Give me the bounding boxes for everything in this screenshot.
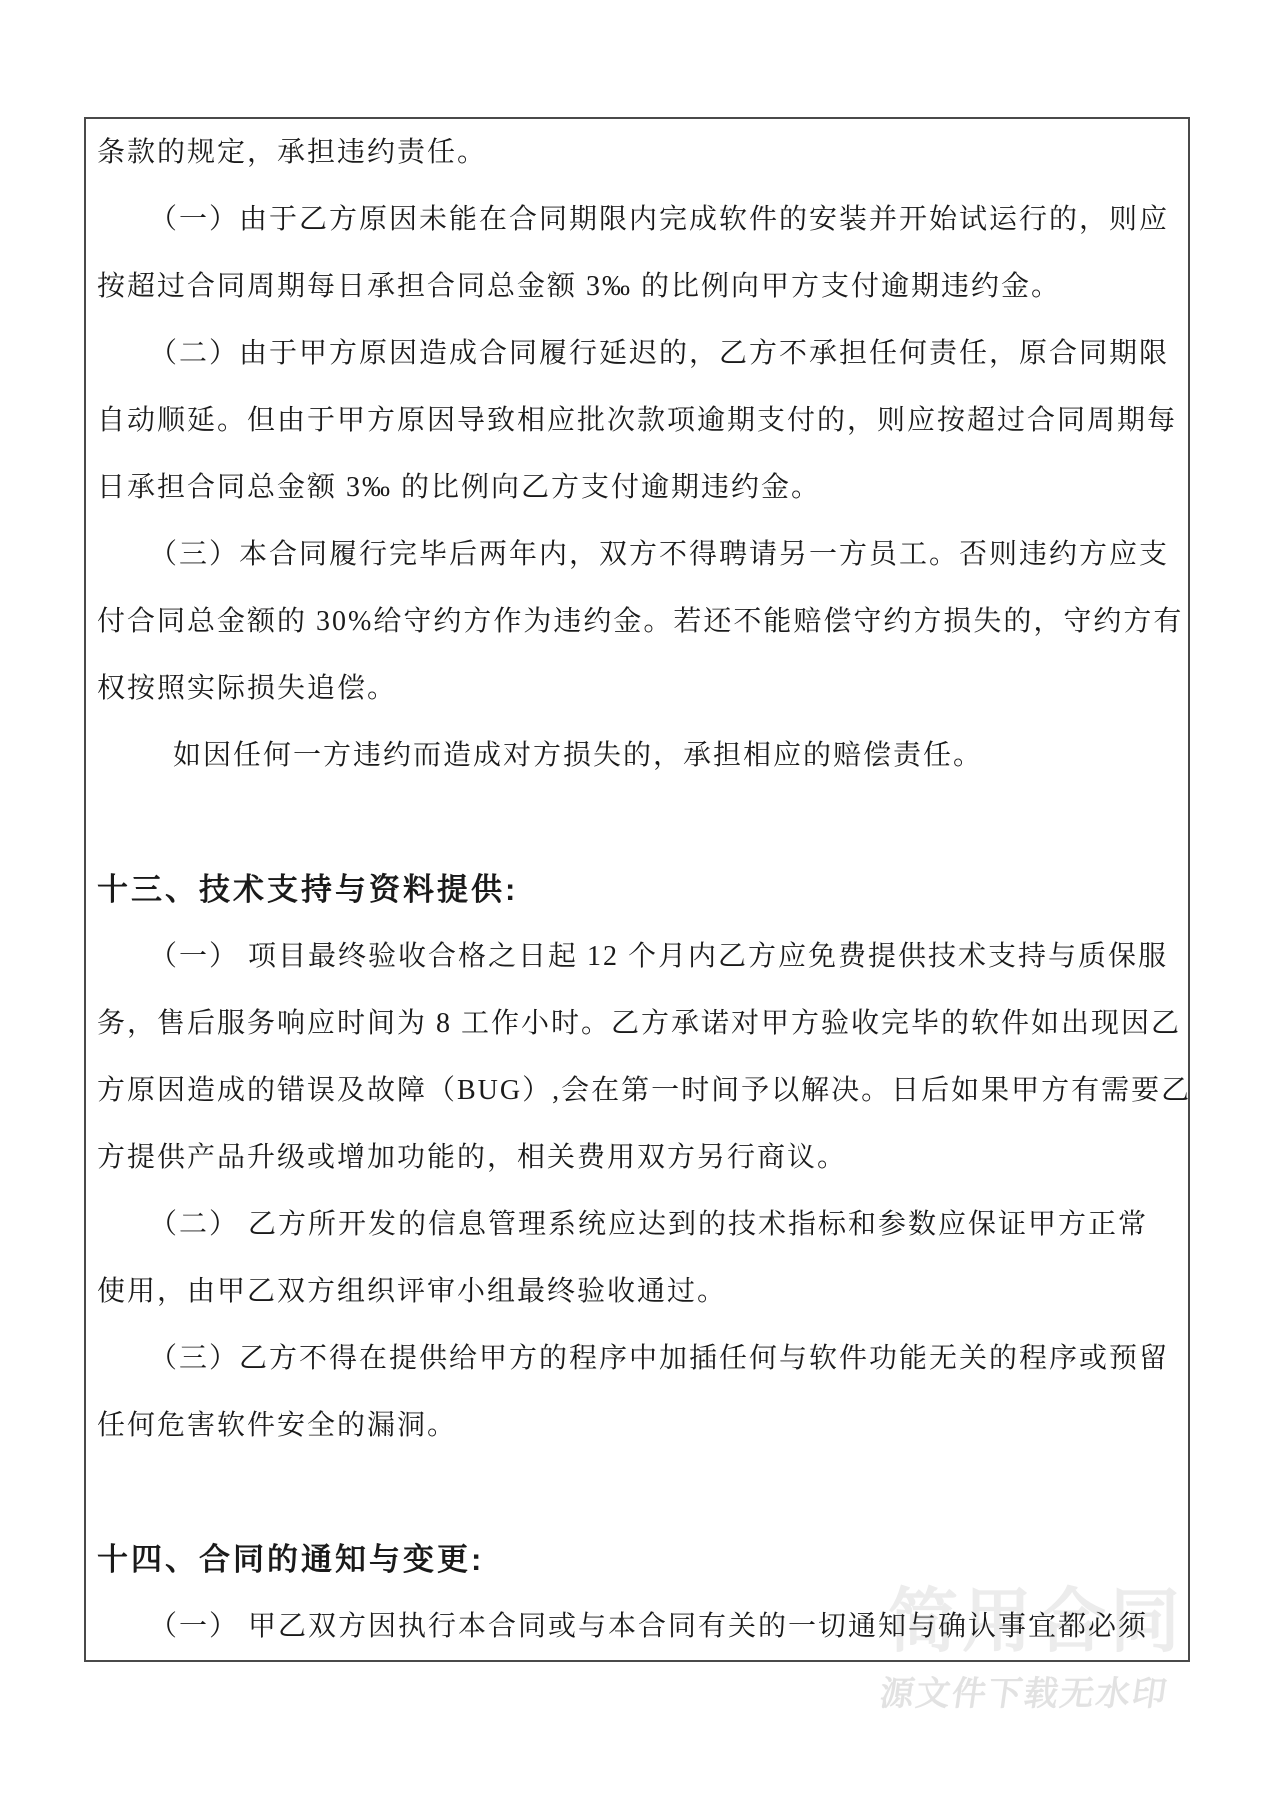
contract-line: 权按照实际损失追偿。 (97, 655, 1177, 722)
page: { "page": { "background": "#ffffff", "bo… (0, 0, 1280, 1810)
contract-line: （一） 项目最终验收合格之日起 12 个月内乙方应免费提供技术支持与质保服 (97, 923, 1177, 990)
contract-line: 任何危害软件安全的漏洞。 (97, 1392, 1177, 1459)
contract-line: 方原因造成的错误及故障（BUG）,会在第一时间予以解决。日后如果甲方有需要乙 (97, 1057, 1177, 1124)
contract-section-heading: 十三、技术支持与资料提供: (97, 856, 1177, 923)
watermark-download-text: 源文件下载无水印 (877, 1676, 1170, 1712)
contract-line: （一）由于乙方原因未能在合同期限内完成软件的安装并开始试运行的，则应 (97, 186, 1177, 253)
contract-line: （二）由于甲方原因造成合同履行延迟的，乙方不承担任何责任，原合同期限 (97, 320, 1177, 387)
contract-line: 自动顺延。但由于甲方原因导致相应批次款项逾期支付的，则应按超过合同周期每 (97, 387, 1177, 454)
contract-line: （三）本合同履行完毕后两年内，双方不得聘请另一方员工。否则违约方应支 (97, 521, 1177, 588)
contract-line (97, 1459, 1177, 1526)
contract-line (97, 789, 1177, 856)
contract-line: 如因任何一方违约而造成对方损失的，承担相应的赔偿责任。 (97, 722, 1177, 789)
contract-line: 务，售后服务响应时间为 8 工作小时。乙方承诺对甲方验收完毕的软件如出现因乙 (97, 990, 1177, 1057)
contract-line: 使用，由甲乙双方组织评审小组最终验收通过。 (97, 1258, 1177, 1325)
contract-line: （三）乙方不得在提供给甲方的程序中加插任何与软件功能无关的程序或预留 (97, 1325, 1177, 1392)
contract-line: 按超过合同周期每日承担合同总金额 3‰ 的比例向甲方支付逾期违约金。 (97, 253, 1177, 320)
contract-body: 条款的规定，承担违约责任。（一）由于乙方原因未能在合同期限内完成软件的安装并开始… (97, 119, 1177, 1660)
contract-line: 条款的规定，承担违约责任。 (97, 119, 1177, 186)
contract-line: 付合同总金额的 30%给守约方作为违约金。若还不能赔偿守约方损失的，守约方有 (97, 588, 1177, 655)
contract-line: 方提供产品升级或增加功能的，相关费用双方另行商议。 (97, 1124, 1177, 1191)
contract-line: 日承担合同总金额 3‰ 的比例向乙方支付逾期违约金。 (97, 454, 1177, 521)
contract-line: （二） 乙方所开发的信息管理系统应达到的技术指标和参数应保证甲方正常 (97, 1191, 1177, 1258)
contract-line: （一） 甲乙双方因执行本合同或与本合同有关的一切通知与确认事宜都必须 (97, 1593, 1177, 1660)
contract-section-heading: 十四、合同的通知与变更: (97, 1526, 1177, 1593)
contract-page-border: 条款的规定，承担违约责任。（一）由于乙方原因未能在合同期限内完成软件的安装并开始… (84, 117, 1190, 1662)
